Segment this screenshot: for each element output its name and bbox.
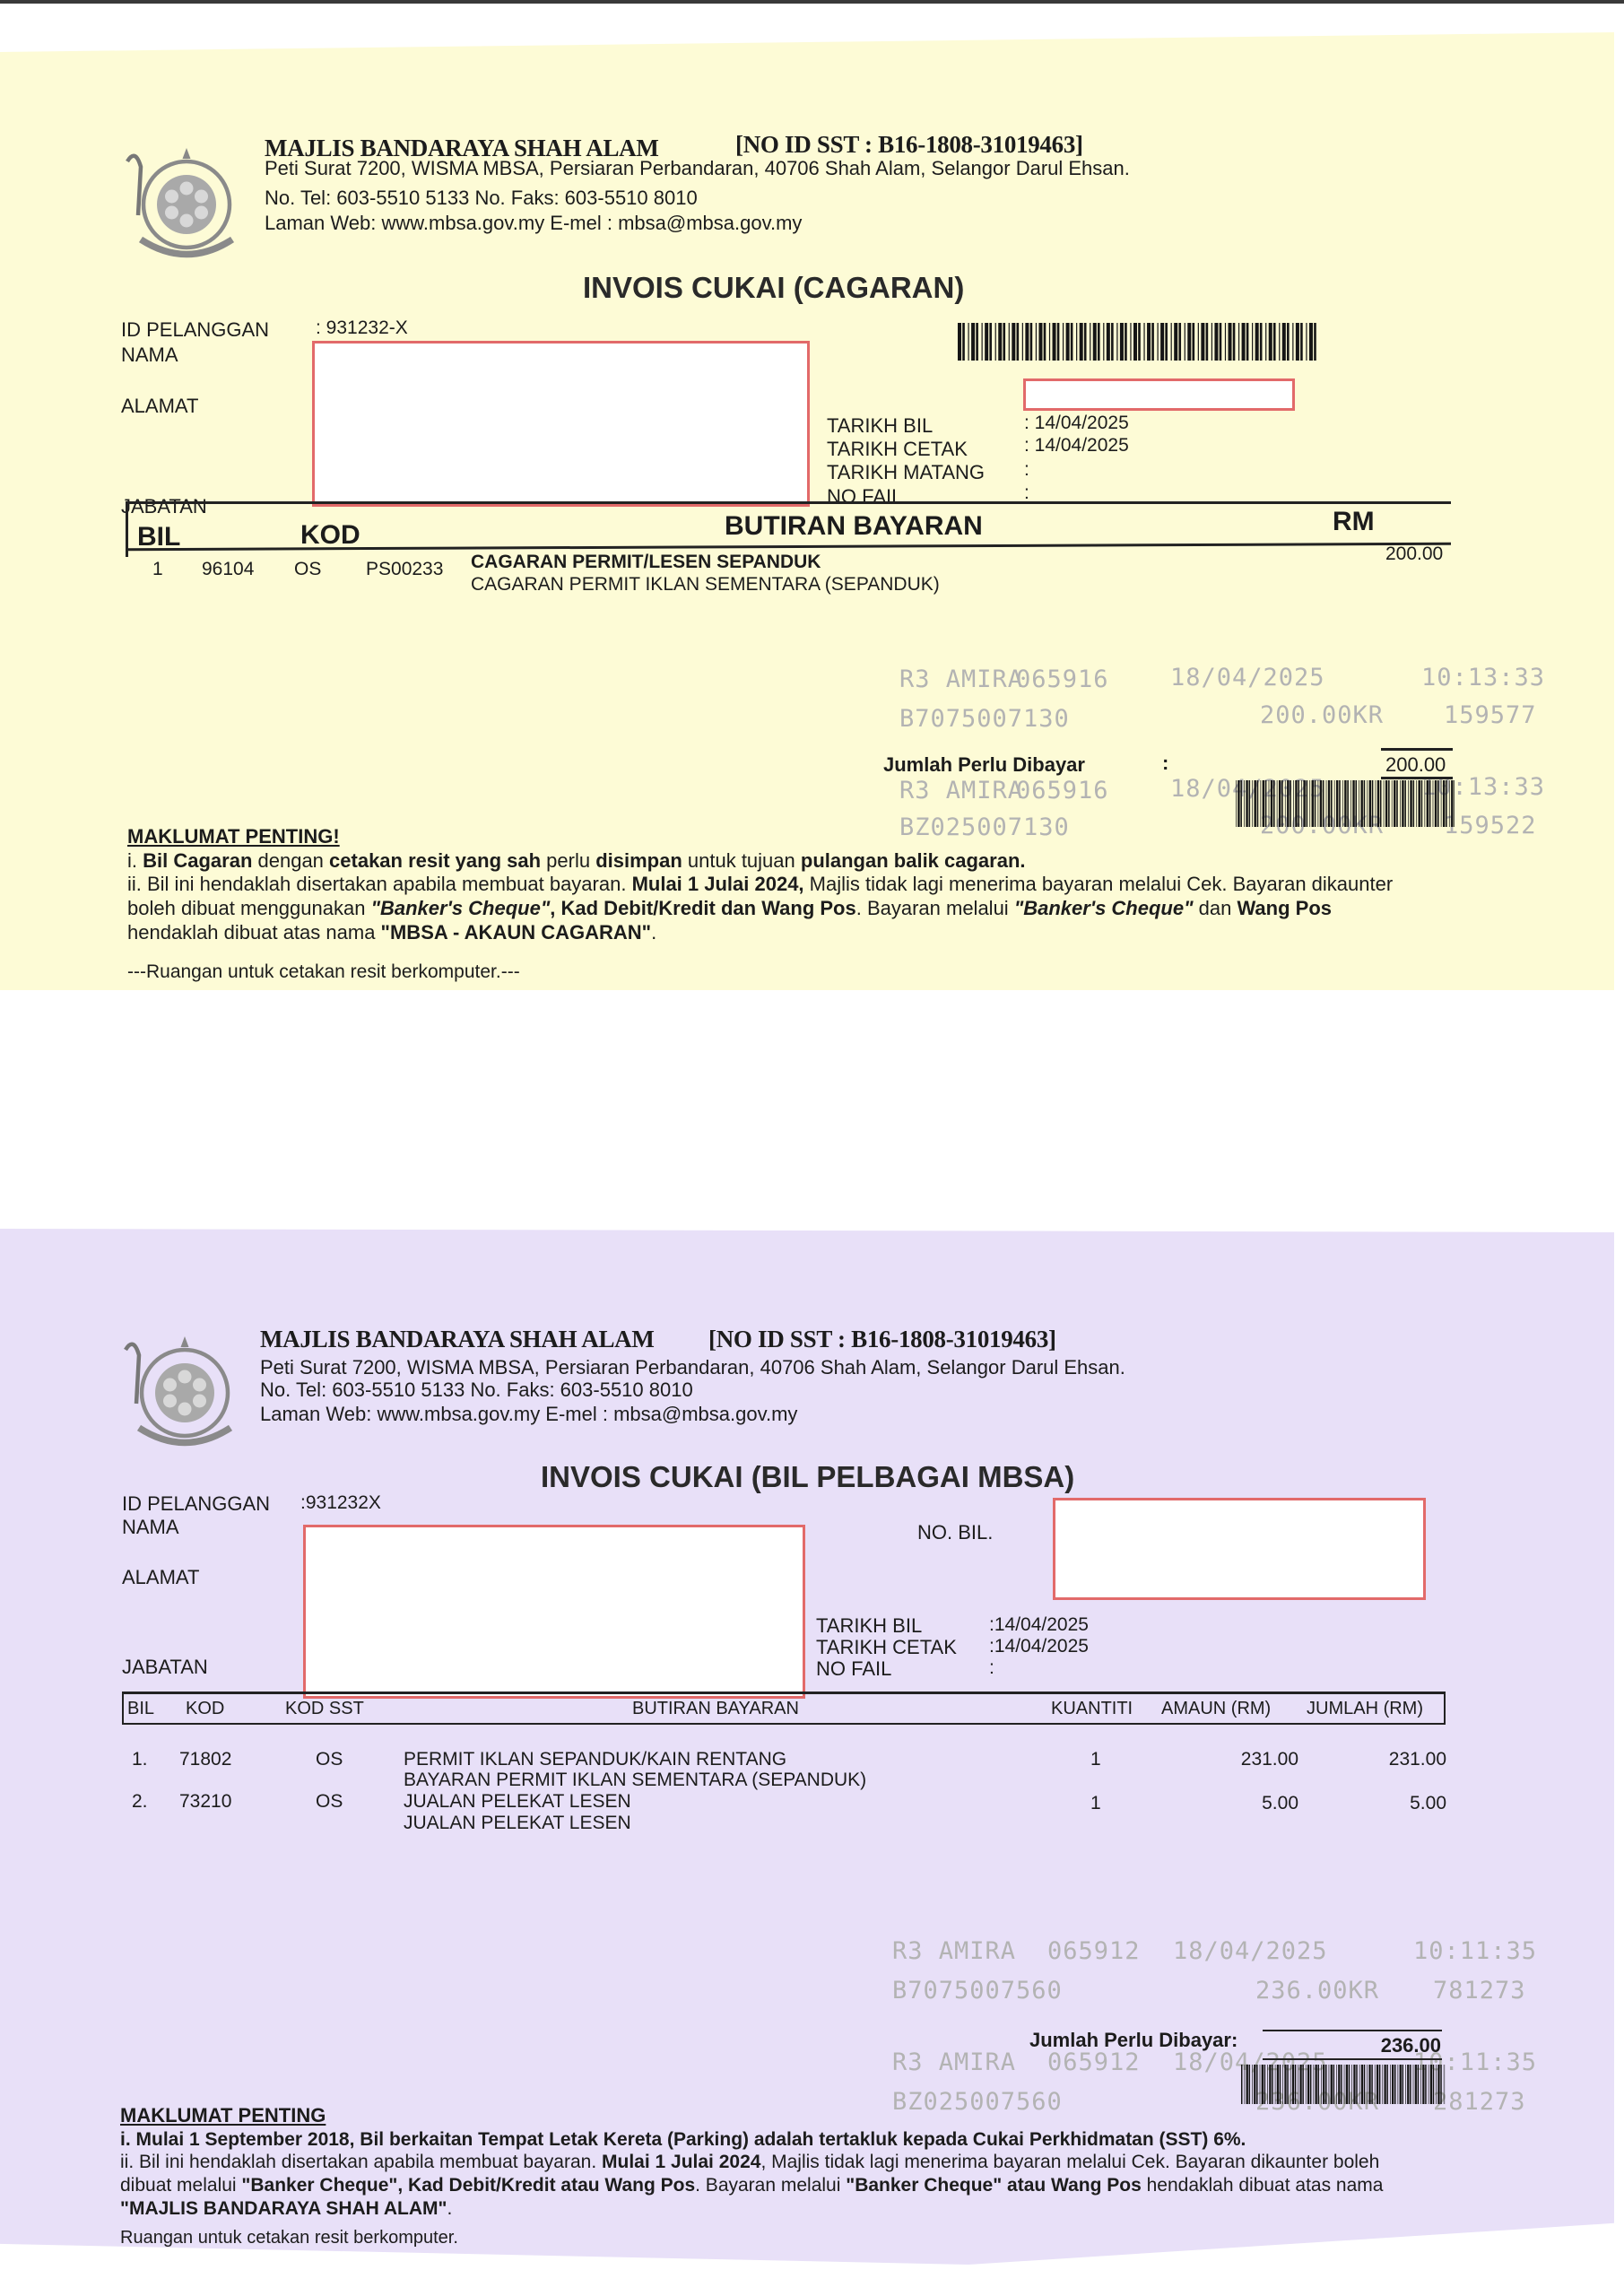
- invoice-title: INVOIS CUKAI (BIL PELBAGAI MBSA): [541, 1460, 1074, 1494]
- jabatan-label: JABATAN: [121, 495, 207, 518]
- id-pelanggan-label: ID PELANGGAN: [122, 1492, 270, 1516]
- tarikh-matang-label: TARIKH MATANG: [827, 461, 985, 484]
- nama-label: NAMA: [121, 344, 178, 367]
- no-fail-label: NO FAIL: [827, 485, 902, 509]
- receipt-barcode: [1241, 2065, 1446, 2104]
- receipt-space-note: Ruangan untuk cetakan resit berkomputer.: [120, 2228, 458, 2248]
- org-address: Peti Surat 7200, WISMA MBSA, Persiaran P…: [265, 157, 1130, 180]
- table-left-border: [122, 1692, 124, 1725]
- notice-item-1: i. Bil Cagaran dengan cetakan resit yang…: [127, 848, 1446, 873]
- row-jumlah: 5.00: [1341, 1793, 1446, 1814]
- row-desc-sub: CAGARAN PERMIT IKLAN SEMENTARA (SEPANDUK…: [471, 574, 940, 596]
- notice-item-2: ii. Bil ini hendaklah disertakan apabila…: [120, 2151, 1429, 2221]
- row-desc-main: JUALAN PELEKAT LESEN: [404, 1791, 631, 1813]
- id-pelanggan-value: :931232X: [300, 1492, 381, 1514]
- alamat-label: ALAMAT: [122, 1566, 199, 1589]
- tarikh-bil-value: : 14/04/2025: [1024, 413, 1129, 434]
- stamp-ref: B7075007560: [892, 1977, 1063, 2005]
- stamp-time: 10:11:35: [1413, 1937, 1537, 1965]
- total-label: Jumlah Perlu Dibayar: [883, 753, 1085, 777]
- stamp-seq: 781273: [1433, 1977, 1526, 2005]
- redacted-bill-number: [1053, 1498, 1426, 1600]
- row-kuantiti: 1: [1090, 1793, 1101, 1814]
- row-ref: PS00233: [366, 559, 443, 580]
- stamp-ref-2: BZ025007130: [899, 813, 1070, 841]
- col-rm: RM: [1333, 507, 1375, 537]
- row-kod: 73210: [179, 1791, 231, 1813]
- stamp-seq: 159577: [1444, 701, 1537, 729]
- alamat-label: ALAMAT: [121, 395, 198, 418]
- row-kod2: OS: [294, 559, 321, 580]
- row-bil: 2.: [132, 1791, 148, 1813]
- tarikh-cetak-label: TARIKH CETAK: [827, 438, 968, 461]
- redacted-bill-number: [1023, 378, 1295, 411]
- row-amaun: 231.00: [1193, 1749, 1298, 1770]
- nama-label: NAMA: [122, 1516, 179, 1539]
- row-kod: 96104: [202, 559, 254, 580]
- jabatan-label: JABATAN: [122, 1656, 208, 1679]
- total-top-rule: [1381, 748, 1453, 751]
- total-top-rule: [1263, 2030, 1442, 2031]
- stamp-seq-2: 281273: [1433, 2088, 1526, 2116]
- row-kod: 71802: [179, 1749, 231, 1770]
- col-bil: BIL: [137, 522, 180, 552]
- row-bil: 1.: [132, 1749, 148, 1770]
- total-colon: :: [1162, 752, 1168, 775]
- org-phone-fax: No. Tel: 603-5510 5133 No. Faks: 603-551…: [260, 1378, 693, 1402]
- col-butiran: BUTIRAN BAYARAN: [725, 511, 983, 542]
- notice-item-2: ii. Bil ini hendaklah disertakan apabila…: [127, 872, 1419, 944]
- stamp-date: 18/04/2025: [1170, 664, 1325, 691]
- notice-item-1: i. Mulai 1 September 2018, Bil berkaitan…: [120, 2127, 1447, 2152]
- stamp-receipt-no-2: 065916: [1016, 777, 1109, 804]
- org-web-email: Laman Web: www.mbsa.gov.my E-mel : mbsa@…: [265, 212, 802, 235]
- stamp-ref: B7075007130: [899, 705, 1070, 733]
- tarikh-cetak-label: TARIKH CETAK: [816, 1636, 957, 1659]
- redacted-name-address: [303, 1525, 805, 1699]
- tarikh-bil-label: TARIKH BIL: [816, 1614, 922, 1638]
- stamp-counter-2: R3 AMIRA: [892, 2048, 1016, 2076]
- mbsa-crest-icon: [117, 135, 251, 269]
- row-desc-sub: JUALAN PELEKAT LESEN: [404, 1813, 631, 1834]
- table-right-border: [1444, 1692, 1446, 1725]
- receipt-space-note: ---Ruangan untuk cetakan resit berkomput…: [127, 961, 520, 983]
- col-kod-sst: KOD SST: [285, 1699, 364, 1719]
- stamp-seq-2: 159522: [1444, 812, 1537, 839]
- col-amaun: AMAUN (RM): [1161, 1699, 1271, 1719]
- mbsa-crest-icon: [115, 1323, 249, 1457]
- row-bil: 1: [152, 559, 163, 580]
- stamp-receipt-no-2: 065912: [1047, 2048, 1141, 2076]
- redacted-name-address: [312, 341, 810, 507]
- table-top-border: [122, 1692, 1446, 1694]
- total-value: 200.00: [1385, 753, 1446, 777]
- col-kuantiti: KUANTITI: [1051, 1699, 1133, 1719]
- row-kuantiti: 1: [1090, 1749, 1101, 1770]
- no-fail-value: :: [989, 1657, 994, 1679]
- col-bil: BIL: [127, 1699, 154, 1719]
- stamp-time: 10:13:33: [1421, 664, 1545, 691]
- stamp-counter-2: R3 AMIRA: [899, 777, 1023, 804]
- stamp-receipt-no: 065912: [1047, 1937, 1141, 1965]
- row-desc-sub: BAYARAN PERMIT IKLAN SEMENTARA (SEPANDUK…: [404, 1770, 866, 1791]
- row-amaun: 5.00: [1193, 1793, 1298, 1814]
- stamp-ref-2: BZ025007560: [892, 2088, 1063, 2116]
- row-jumlah: 231.00: [1341, 1749, 1446, 1770]
- sst-id: [NO ID SST : B16-1808-31019463]: [735, 131, 1083, 159]
- notice-heading: MAKLUMAT PENTING: [120, 2104, 326, 2127]
- stamp-counter: R3 AMIRA: [899, 665, 1023, 693]
- org-web-email: Laman Web: www.mbsa.gov.my E-mel : mbsa@…: [260, 1403, 797, 1426]
- stamp-receipt-no: 065916: [1016, 665, 1109, 693]
- notice-heading: MAKLUMAT PENTING!: [127, 825, 340, 848]
- tarikh-bil-label: TARIKH BIL: [827, 414, 933, 438]
- col-kod: KOD: [186, 1699, 224, 1719]
- bill-barcode: [958, 323, 1318, 361]
- scan-top-edge: [0, 0, 1624, 4]
- row-kod-sst: OS: [316, 1749, 343, 1770]
- tarikh-matang-value: :: [1024, 459, 1029, 481]
- id-pelanggan-label: ID PELANGGAN: [121, 318, 269, 342]
- tarikh-bil-value: :14/04/2025: [989, 1614, 1089, 1636]
- invoice-title: INVOIS CUKAI (CAGARAN): [583, 271, 964, 305]
- total-label: Jumlah Perlu Dibayar:: [1029, 2029, 1238, 2052]
- stamp-counter: R3 AMIRA: [892, 1937, 1016, 1965]
- col-jumlah: JUMLAH (RM): [1307, 1699, 1423, 1719]
- total-bottom-rule: [1381, 777, 1453, 779]
- col-kod: KOD: [300, 520, 360, 551]
- stamp-amount: 200.00KR: [1260, 701, 1384, 729]
- no-fail-label: NO FAIL: [816, 1657, 891, 1681]
- total-bottom-rule: [1263, 2058, 1442, 2060]
- org-phone-fax: No. Tel: 603-5510 5133 No. Faks: 603-551…: [265, 187, 698, 210]
- table-top-border: [126, 501, 1451, 504]
- col-butiran: BUTIRAN BAYARAN: [632, 1699, 799, 1719]
- receipt-barcode: [1236, 780, 1455, 827]
- id-pelanggan-value: : 931232-X: [316, 317, 408, 339]
- stamp-amount: 236.00KR: [1255, 1977, 1379, 2005]
- row-desc-main: CAGARAN PERMIT/LESEN SEPANDUK: [471, 552, 821, 573]
- tarikh-cetak-value: :14/04/2025: [989, 1636, 1089, 1657]
- row-kod-sst: OS: [316, 1791, 343, 1813]
- stamp-date: 18/04/2025: [1173, 1937, 1328, 1965]
- row-rm: 200.00: [1385, 544, 1443, 565]
- tarikh-cetak-value: : 14/04/2025: [1024, 435, 1129, 457]
- no-bil-label: NO. BIL.: [917, 1521, 993, 1544]
- sst-id: [NO ID SST : B16-1808-31019463]: [708, 1326, 1056, 1353]
- table-header-border: [122, 1723, 1446, 1725]
- org-name: MAJLIS BANDARAYA SHAH ALAM: [260, 1326, 655, 1353]
- org-address: Peti Surat 7200, WISMA MBSA, Persiaran P…: [260, 1356, 1125, 1379]
- row-desc-main: PERMIT IKLAN SEPANDUK/KAIN RENTANG: [404, 1749, 786, 1770]
- total-value: 236.00: [1291, 2034, 1441, 2057]
